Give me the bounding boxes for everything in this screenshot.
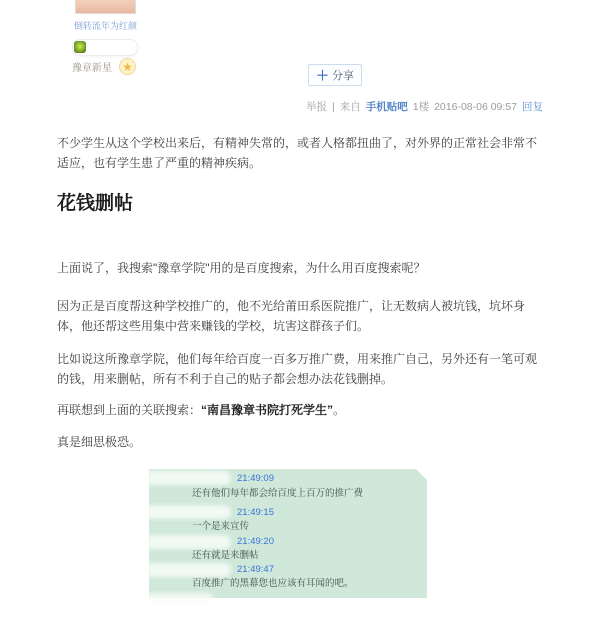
- floor-label: 1楼: [413, 99, 429, 114]
- chat-message: 还有他们每年都会给百度上百万的推广费: [192, 487, 363, 500]
- chat-timestamp: 21:49:15: [237, 507, 274, 519]
- username-link[interactable]: 倒转流年为红颜: [74, 19, 137, 32]
- redacted-name-blur: [147, 471, 231, 485]
- meta-divider: |: [332, 101, 335, 113]
- chat-timestamp: 21:49:20: [237, 536, 274, 548]
- level-badge-icon: [74, 41, 86, 53]
- paragraph-related-search: 再联想到上面的关联搜索：“南昌豫章书院打死学生”。: [57, 400, 546, 420]
- post-meta-bar: 举报 | 来自 手机贴吧 1楼 2016-08-06 09:57 回复: [306, 99, 543, 114]
- chat-screenshot-image[interactable]: 21:49:09 还有他们每年都会给百度上百万的推广费 21:49:15 一个是…: [149, 469, 427, 598]
- redacted-name-blur: [147, 593, 213, 604]
- post-timestamp: 2016-08-06 09:57: [434, 101, 517, 113]
- folded-corner: [416, 469, 427, 480]
- paragraph-why-baidu: 上面说了，我搜索"豫章学院"用的是百度搜索，为什么用百度搜索呢？: [57, 258, 546, 278]
- from-label: 来自: [340, 99, 361, 114]
- reply-link[interactable]: 回复: [522, 99, 543, 114]
- report-link[interactable]: 举报: [306, 99, 327, 114]
- tieba-client-link[interactable]: 手机贴吧: [366, 99, 408, 114]
- redacted-name-blur: [147, 535, 231, 549]
- chat-message: 还有就是来删帖: [192, 549, 259, 562]
- related-search-prefix: 再联想到上面的关联搜索：: [57, 403, 201, 417]
- user-badge-pill[interactable]: [72, 39, 138, 56]
- chat-timestamp: 21:49:09: [237, 473, 274, 485]
- user-title-label: 豫章新星: [72, 59, 112, 74]
- related-search-keyword: “南昌豫章书院打死学生”: [201, 403, 333, 417]
- chat-timestamp: 21:49:47: [237, 564, 274, 576]
- section-heading: 花钱删帖: [57, 188, 133, 215]
- chat-message: 一个是来宣传: [192, 520, 249, 533]
- star-medal-icon: ★: [119, 58, 136, 75]
- article-page: 倒转流年为红颜 豫章新星 ★ ＋ 分享 举报 | 来自 手机贴吧 1楼 2016…: [0, 0, 600, 634]
- share-button[interactable]: ＋ 分享: [308, 64, 362, 86]
- related-search-suffix: 。: [333, 403, 345, 417]
- paragraph-promotion-fee: 比如说这所豫章学院，他们每年给百度一百多万推广费，用来推广自己，另外还有一笔可观…: [57, 349, 546, 389]
- post-image-thumbnail[interactable]: [75, 0, 136, 14]
- plus-icon: ＋: [316, 69, 329, 82]
- paragraph-conclusion: 真是细思极恐。: [57, 432, 546, 452]
- paragraph-students-outcome: 不少学生从这个学校出来后，有精神失常的，或者人格都扭曲了，对外界的正常社会非常不…: [57, 133, 546, 173]
- redacted-name-blur: [147, 563, 231, 577]
- paragraph-baidu-promotion: 因为正是百度帮这种学校推广的，他不光给莆田系医院推广，让无数病人被坑钱，坑坏身体…: [57, 296, 546, 336]
- user-title-row: 豫章新星 ★: [72, 58, 136, 75]
- share-button-label: 分享: [332, 67, 354, 83]
- redacted-name-blur: [147, 505, 231, 519]
- chat-message: 百度推广的黑幕您也应该有耳闻的吧。: [192, 577, 354, 590]
